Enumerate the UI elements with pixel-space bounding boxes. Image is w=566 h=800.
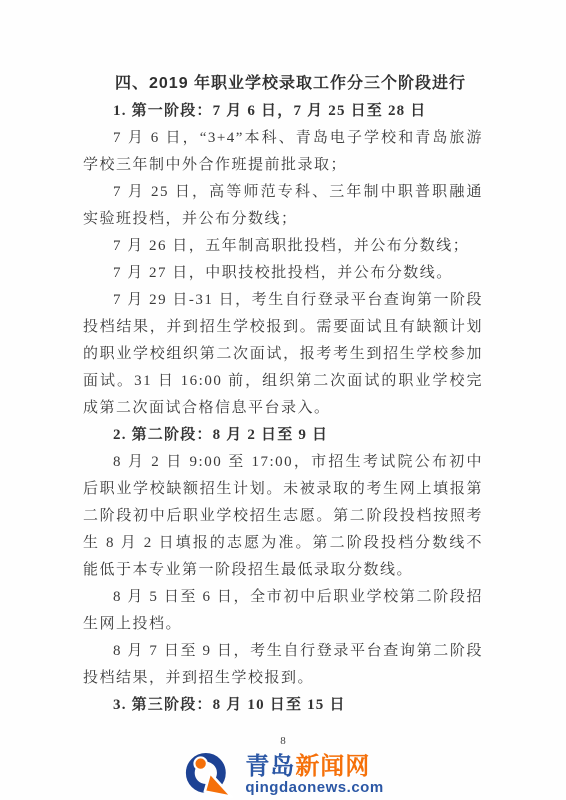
logo-name: 青岛新闻网: [245, 754, 370, 780]
stage-1-paragraph: 7 月 27 日，中职技校批投档，并公布分数线。: [83, 260, 483, 287]
logo-name-qingdao: 青岛: [245, 753, 295, 780]
stage-1-paragraph: 7 月 25 日，高等师范专科、三年制中职普职融通实验班投档，并公布分数线；: [83, 179, 483, 233]
stage-1-paragraph: 7 月 29 日-31 日，考生自行登录平台查询第一阶段投档结果，并到招生学校报…: [83, 287, 483, 422]
stage-2-title: 2. 第二阶段：8 月 2 日至 9 日: [83, 422, 483, 449]
stage-1-paragraph: 7 月 26 日，五年制高职批投档，并公布分数线；: [83, 233, 483, 260]
logo-domain: qingdaonews.com: [245, 780, 383, 796]
page-number: 8: [0, 735, 566, 747]
stage-1-title: 1. 第一阶段：7 月 6 日，7 月 25 日至 28 日: [83, 98, 483, 125]
stage-1-paragraph: 7 月 6 日，“3+4”本科、青岛电子学校和青岛旅游学校三年制中外合作班提前批…: [83, 125, 483, 179]
qingdaonews-q-arrow-icon: [182, 751, 240, 799]
document-content: 四、2019 年职业学校录取工作分三个阶段进行 1. 第一阶段：7 月 6 日，…: [83, 70, 483, 719]
stage-2-paragraph: 8 月 7 日至 9 日，考生自行登录平台查询第二阶段投档结果，并到招生学校报到…: [83, 638, 483, 692]
stage-3-title: 3. 第三阶段：8 月 10 日至 15 日: [83, 692, 483, 719]
logo-name-xinwenwang: 新闻网: [295, 753, 370, 780]
qingdaonews-logo-text: 青岛新闻网 qingdaonews.com: [245, 754, 383, 796]
stage-2-paragraph: 8 月 2 日 9:00 至 17:00，市招生考试院公布初中后职业学校缺额招生…: [83, 449, 483, 584]
document-heading: 四、2019 年职业学校录取工作分三个阶段进行: [83, 70, 483, 98]
stage-2-paragraph: 8 月 5 日至 6 日，全市初中后职业学校第二阶段招生网上投档。: [83, 584, 483, 638]
qingdaonews-logo: 青岛新闻网 qingdaonews.com: [0, 751, 566, 799]
